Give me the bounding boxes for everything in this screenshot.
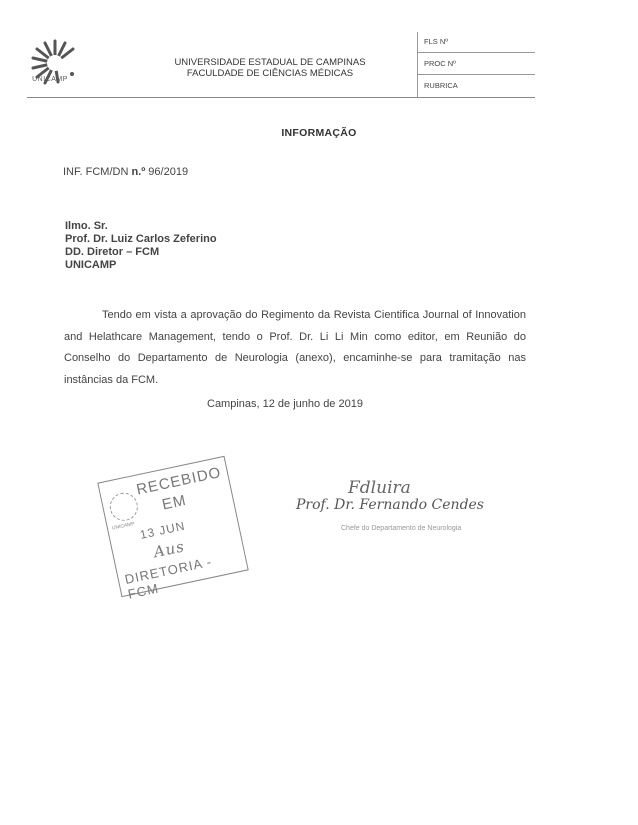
signatory-title: Chefe do Departamento de Neurologia bbox=[341, 525, 461, 532]
logo-label: UNICAMP bbox=[25, 76, 75, 83]
faculty-name: FACULDADE DE CIÊNCIAS MÉDICAS bbox=[140, 68, 400, 79]
institution-header: UNIVERSIDADE ESTADUAL DE CAMPINAS FACULD… bbox=[140, 57, 400, 79]
reference-prefix: INF. FCM/DN bbox=[63, 166, 131, 178]
stamp-em: EM bbox=[161, 492, 188, 514]
header-divider bbox=[27, 97, 535, 98]
reference-number: 96/2019 bbox=[145, 166, 188, 178]
date-line: Campinas, 12 de junho de 2019 bbox=[207, 398, 363, 410]
body-paragraph: Tendo em vista a aprovação do Regimento … bbox=[64, 305, 526, 391]
proc-field: PROC Nº bbox=[424, 59, 456, 68]
signatory-name: Prof. Dr. Fernando Cendes bbox=[296, 497, 484, 513]
reference-number-label: n.º bbox=[131, 166, 145, 178]
unicamp-seal-icon bbox=[107, 490, 140, 523]
control-box-line bbox=[418, 74, 535, 75]
control-box-line bbox=[418, 52, 535, 53]
stamp-initials: Aus bbox=[152, 537, 186, 561]
document-reference: INF. FCM/DN n.º 96/2019 bbox=[63, 166, 188, 178]
received-stamp: UNICAMP RECEBIDO EM 13 JUN Aus DIRETORIA… bbox=[97, 456, 248, 597]
addressee-salutation: Ilmo. Sr. bbox=[65, 220, 217, 233]
document-title: INFORMAÇÃO bbox=[0, 127, 638, 139]
addressee-name: Prof. Dr. Luiz Carlos Zeferino bbox=[65, 233, 217, 246]
stamp-footer: DIRETORIA - FCM bbox=[123, 547, 249, 602]
addressee-org: UNICAMP bbox=[65, 259, 217, 272]
addressee-role: DD. Diretor – FCM bbox=[65, 246, 217, 259]
rubrica-field: RUBRICA bbox=[424, 81, 458, 90]
institution-name: UNIVERSIDADE ESTADUAL DE CAMPINAS bbox=[140, 57, 400, 68]
addressee-block: Ilmo. Sr. Prof. Dr. Luiz Carlos Zeferino… bbox=[65, 220, 217, 272]
signature-scribble: Fdluira bbox=[348, 478, 411, 498]
seal-label: UNICAMP bbox=[112, 521, 136, 532]
control-box-divider bbox=[417, 32, 418, 98]
fls-field: FLS Nº bbox=[424, 37, 448, 46]
body-text: Tendo em vista a aprovação do Regimento … bbox=[64, 309, 526, 386]
